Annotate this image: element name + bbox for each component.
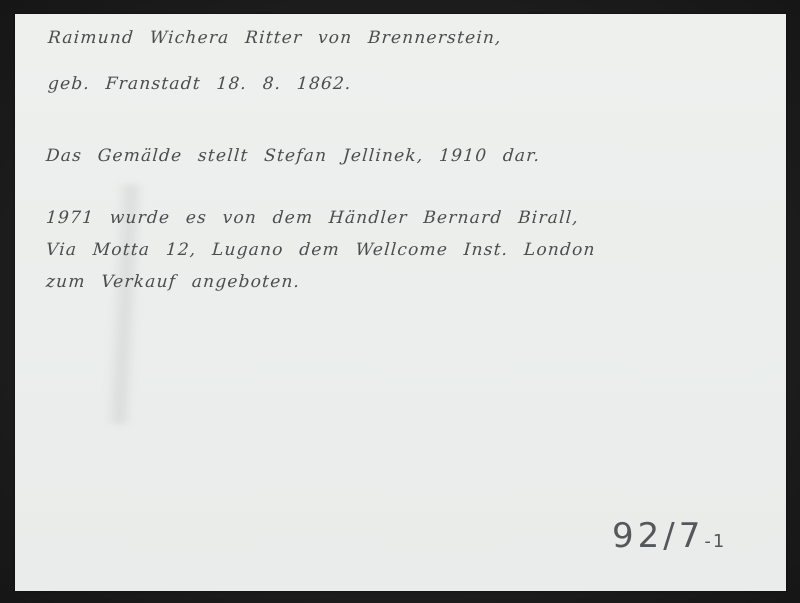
handwritten-line-provenance-3: zum Verkauf angeboten. [45, 272, 301, 292]
inventory-number-main: 92/7 [612, 516, 704, 556]
handwritten-line-subject: Das Gemälde stellt Stefan Jellinek, 1910… [45, 146, 541, 166]
handwritten-line-provenance-2: Via Motta 12, Lugano dem Wellcome Inst. … [45, 240, 596, 260]
photo-backdrop: Raimund Wichera Ritter von Brennerstein,… [0, 0, 800, 603]
handwritten-line-provenance-1: 1971 wurde es von dem Händler Bernard Bi… [45, 208, 579, 228]
document-sheet [15, 14, 786, 591]
handwritten-line-birth: geb. Franstadt 18. 8. 1862. [47, 74, 352, 94]
handwritten-line-name: Raimund Wichera Ritter von Brennerstein, [47, 28, 502, 48]
inventory-number-suffix: -1 [704, 531, 726, 552]
inventory-number: 92/7-1 [612, 516, 726, 556]
